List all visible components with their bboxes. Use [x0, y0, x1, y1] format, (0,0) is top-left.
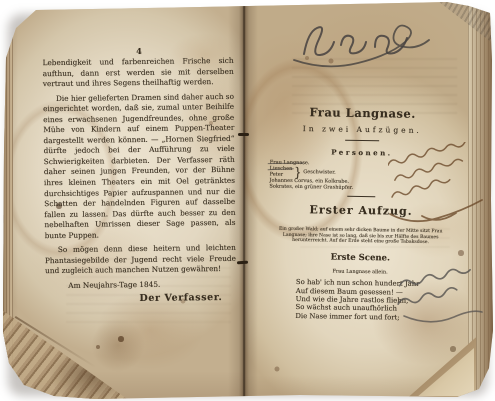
photograph-of-open-book: 4 Lebendigkeit und farbenreichen Frische…	[0, 0, 495, 401]
scene-subheading: Frau Langnase allein.	[254, 267, 466, 276]
binding-stitch	[238, 133, 249, 136]
preface-paragraph-3: So mögen denn diese heitern und leichten…	[45, 243, 236, 277]
play-title: Frau Langnase.	[256, 104, 468, 121]
stage-direction: Ein großer Wald; auf einem sehr dicken B…	[255, 226, 467, 246]
preface-paragraph-1: Lebendigkeit und farbenreichen Frische s…	[42, 56, 233, 90]
divider-rule	[345, 140, 379, 142]
verse-block: So hab' ich nun schon hundert Jahr Auf d…	[295, 278, 466, 323]
book: 4 Lebendigkeit und farbenreichen Frische…	[0, 0, 495, 401]
foxing-spots	[0, 0, 2, 2]
left-page-body: Lebendigkeit und farbenreichen Frische s…	[42, 56, 236, 306]
preface-paragraph-2: Die hier gelieferten Dramen sind daher a…	[43, 91, 236, 241]
act-heading: Erster Aufzug.	[255, 202, 467, 218]
brace-glyph: }	[294, 166, 301, 179]
right-fore-edge-pages	[468, 6, 494, 396]
book-gutter	[239, 0, 249, 401]
date-line: Am Neujahrs-Tage 1845.	[45, 279, 236, 292]
divider-rule-small	[347, 196, 375, 197]
personen-heading: Personen.	[256, 146, 468, 158]
character-list: Frau Langnase. Lieschen Peter } Geschwis…	[269, 160, 467, 193]
play-subtitle: In zwei Aufzügen.	[256, 123, 468, 135]
pencil-strike-mark	[268, 162, 304, 164]
right-page-body: Frau Langnase. In zwei Aufzügen. Persone…	[253, 104, 468, 322]
scene-heading: Erste Scene.	[254, 251, 466, 264]
siblings-label: Geschwister.	[303, 169, 335, 176]
